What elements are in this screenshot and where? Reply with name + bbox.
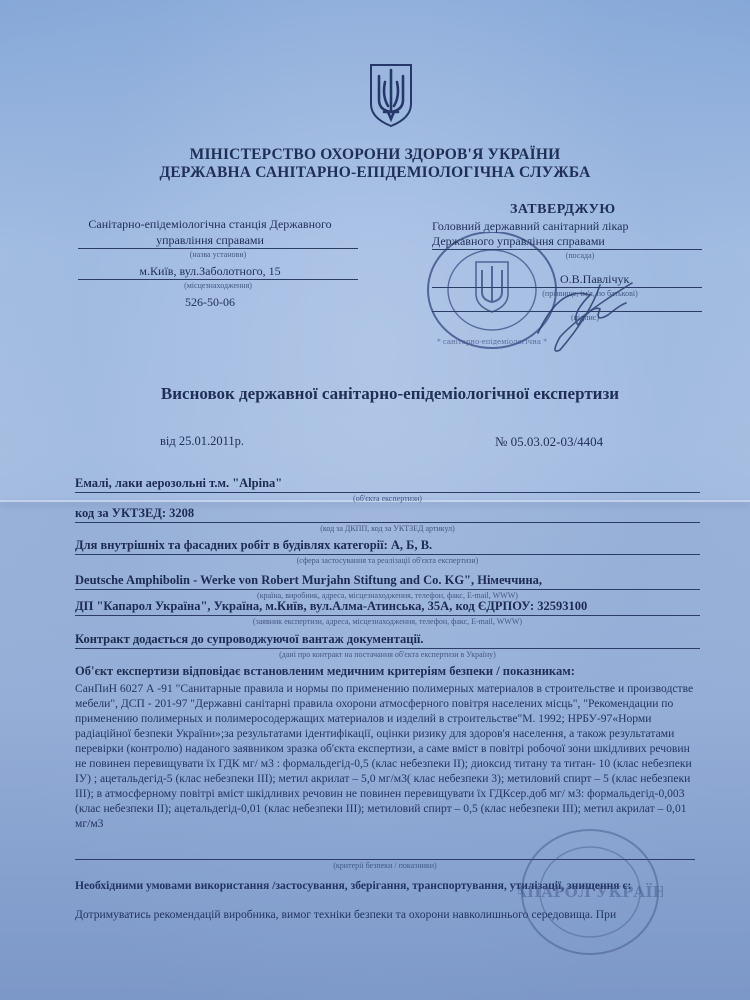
ministry-heading: МІНІСТЕРСТВО ОХОРОНИ ЗДОРОВ'Я УКРАЇНИ ДЕ… (0, 146, 750, 182)
field-value: Емалі, лаки аерозольні т.м. "Alpina" (75, 476, 282, 491)
institution-name-caption: (назва установи) (78, 250, 358, 259)
date-prefix: від (160, 434, 176, 448)
criteria-heading: Об'єкт експертизи відповідає встановлени… (75, 664, 575, 679)
divider (432, 249, 702, 250)
field-caption: (об'єкта експертизи) (75, 494, 700, 503)
field-value: Для внутрішніх та фасадних робіт в будів… (75, 538, 432, 553)
divider (75, 492, 700, 493)
field-value: код за УКТЗЕД: 3208 (75, 506, 194, 521)
divider (75, 648, 700, 649)
criteria-text: СанПиН 6027 А -91 "Санитарные правила и … (75, 681, 695, 831)
approval-position-caption: (посада) (530, 251, 630, 260)
ministry-line-1: МІНІСТЕРСТВО ОХОРОНИ ЗДОРОВ'Я УКРАЇНИ (0, 146, 750, 164)
date-value: 25.01.2011 (179, 434, 235, 448)
field-caption: (заявник експертизи, адреса, місцезнаход… (75, 617, 700, 626)
field-value: Deutsche Amphibolin - Werke von Robert M… (75, 573, 542, 588)
approval-position-line-1: Головний державний санітарний лікар (432, 219, 628, 234)
date-suffix: р. (235, 434, 244, 448)
svg-text:КАПАРОЛ УКРАЇНА: КАПАРОЛ УКРАЇНА (518, 882, 663, 901)
field-value: Контракт додається до супроводжуючої ван… (75, 632, 424, 647)
document-number: № 05.03.02-03/4404 (495, 434, 603, 450)
institution-address: м.Київ, вул.Заболотного, 15 (60, 264, 360, 279)
approval-position-line-2: Державного управління справами (432, 234, 605, 249)
document-title: Висновок державної санітарно-епідеміолог… (0, 384, 750, 404)
trident-icon (368, 62, 414, 128)
ministry-line-2: ДЕРЖАВНА САНІТАРНО-ЕПІДЕМІОЛОГІЧНА СЛУЖБ… (0, 164, 750, 182)
field-value: ДП "Капарол Україна", Україна, м.Київ, в… (75, 599, 587, 614)
field-caption: (код за ДКПП, код за УКТЗЕД артикул) (75, 524, 700, 533)
document-date: від 25.01.2011р. (160, 434, 244, 449)
divider (75, 522, 700, 523)
institution-name: Санітарно-епідеміологічна станція Держав… (60, 216, 360, 248)
applicant-stamp-icon: КАПАРОЛ УКРАЇНА (518, 825, 663, 960)
field-caption: (сфера застосування та реалізації об'єкт… (75, 556, 700, 565)
institution-phone: 526-50-06 (60, 295, 360, 310)
divider (75, 554, 700, 555)
divider (75, 589, 700, 590)
divider (78, 248, 358, 249)
divider (75, 615, 700, 616)
divider (78, 279, 358, 280)
signature-icon (530, 275, 640, 355)
approval-title: ЗАТВЕРДЖУЮ (510, 202, 616, 218)
institution-address-caption: (місцезнаходження) (78, 281, 358, 290)
field-caption: (дані про контракт на постачання об'єкта… (75, 650, 700, 659)
